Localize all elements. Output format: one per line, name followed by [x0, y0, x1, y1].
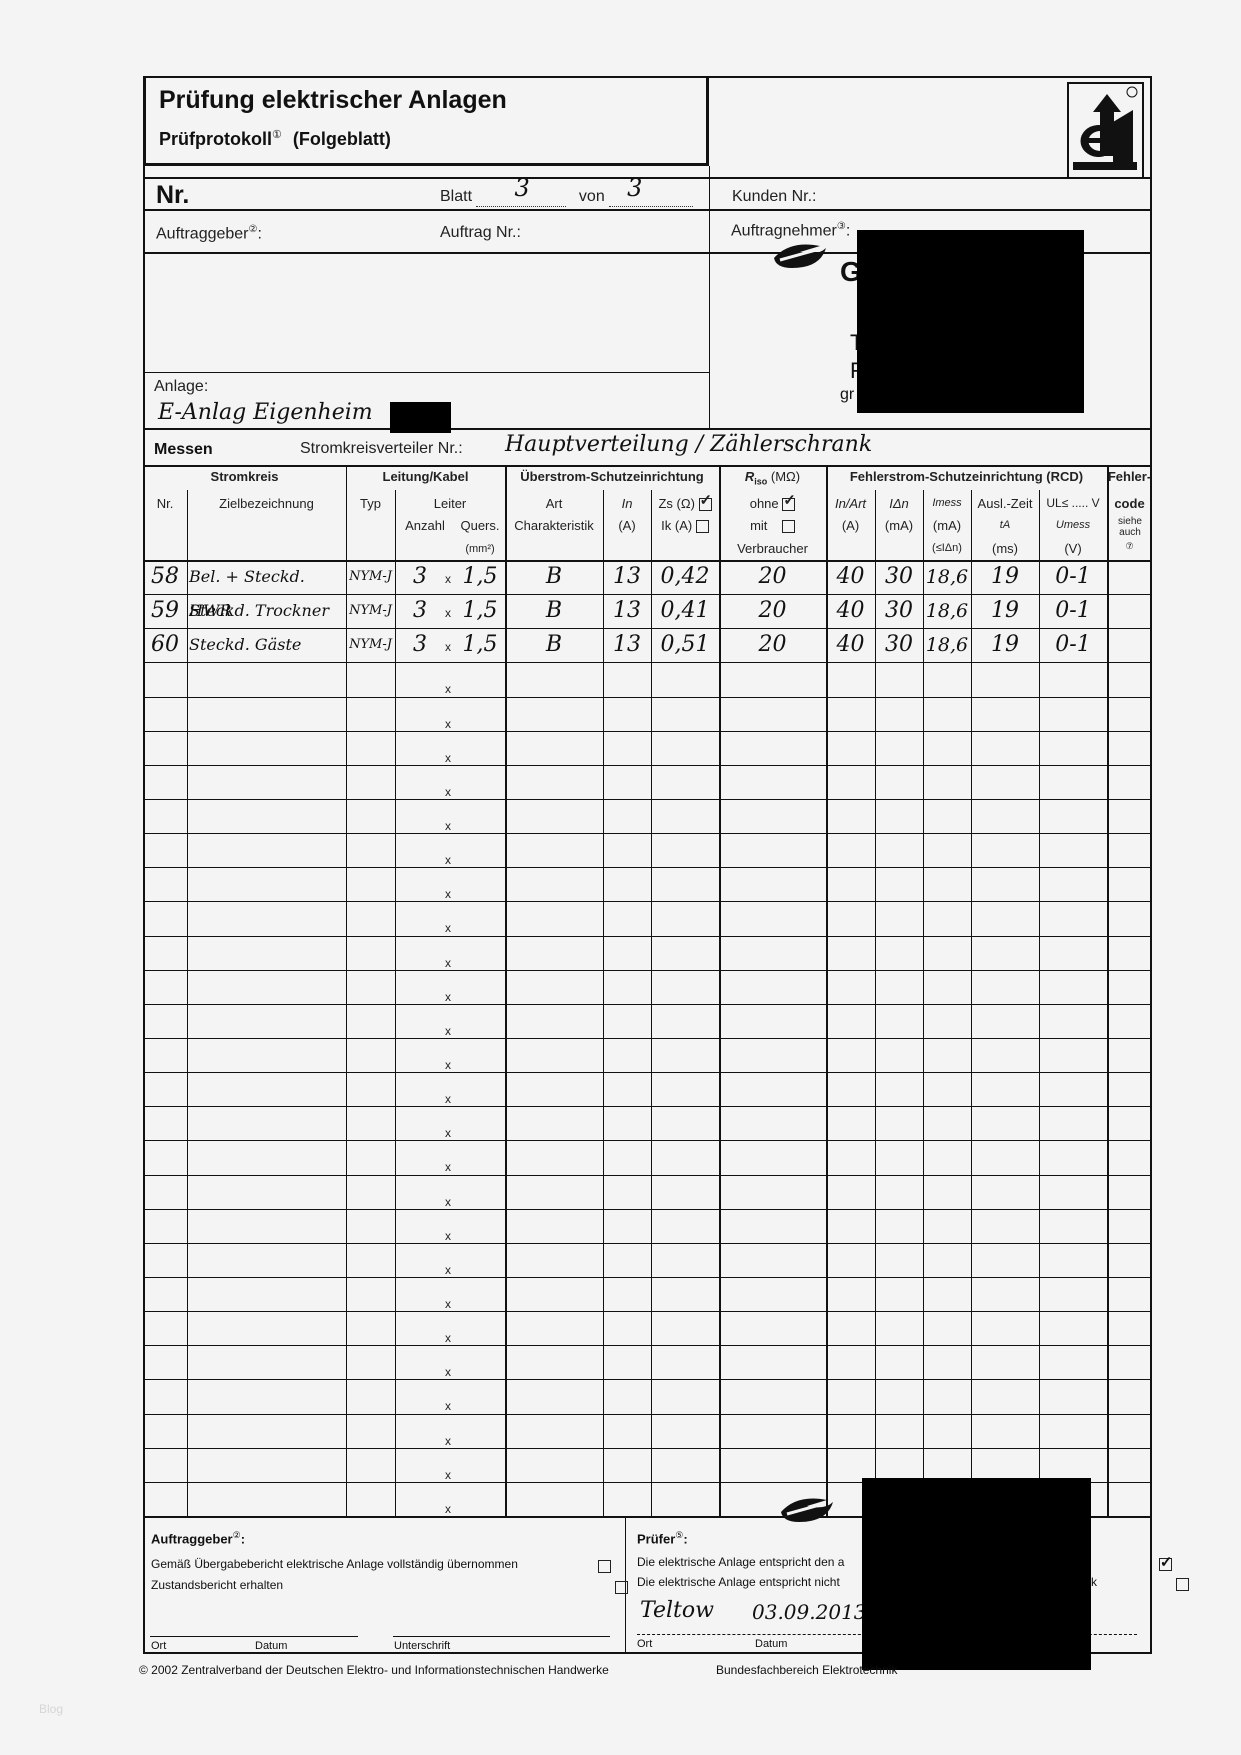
zustandsbericht-checkbox[interactable] [615, 1581, 628, 1594]
cell-zs[interactable]: 0,41 [651, 594, 719, 628]
empty-table-row[interactable] [143, 697, 1152, 731]
empty-table-row[interactable] [143, 867, 1152, 901]
eh-logo-icon [1067, 82, 1144, 179]
company-swoosh-icon [770, 238, 830, 277]
cell-art[interactable]: B [505, 628, 603, 662]
redaction-block [862, 1478, 1091, 1670]
entspricht-checkbox[interactable] [1159, 1558, 1172, 1571]
divider [143, 465, 1152, 467]
header-in: In [603, 496, 651, 511]
empty-table-row[interactable] [143, 799, 1152, 833]
cell-zs[interactable]: 0,51 [651, 628, 719, 662]
header-mm2: (mm²) [455, 542, 505, 557]
footer-ort-label: Ort [151, 1640, 166, 1652]
header-ta: tA [971, 518, 1039, 533]
pruefer-datum-value[interactable]: 03.09.2013 [752, 1600, 867, 1624]
signature-line [393, 1636, 610, 1637]
footer-datum-label: Datum [255, 1640, 287, 1652]
stamp-fragment: gr [840, 386, 854, 404]
cross-symbol: x [445, 717, 451, 731]
bundesfachbereich-text: Bundesfachbereich Elektrotechnik [716, 1663, 897, 1677]
cross-symbol: x [445, 1297, 451, 1311]
kunden-nr-label: Kunden Nr.: [732, 188, 817, 206]
ik-checkbox[interactable] [696, 520, 709, 533]
company-swoosh-icon [777, 1492, 837, 1531]
group-riso: Riso (MΩ) [719, 469, 826, 490]
group-ueberstrom: Überstrom-Schutzeinrichtung [505, 469, 719, 484]
cell-idn[interactable]: 30 [875, 594, 923, 628]
auftrag-nr-label: Auftrag Nr.: [440, 224, 521, 242]
divider [709, 166, 710, 428]
header-nr: Nr. [143, 496, 187, 511]
cell-in[interactable]: 13 [603, 594, 651, 628]
cell-nr[interactable]: 58 [143, 560, 187, 594]
empty-table-row[interactable] [143, 1414, 1152, 1448]
header-imess: Imess [923, 496, 971, 511]
cell-in[interactable]: 13 [603, 628, 651, 662]
header-quers: Quers. [455, 518, 505, 533]
empty-table-row[interactable] [143, 1311, 1152, 1345]
header-riso-ohne: ohne [719, 496, 826, 511]
group-rcd: Fehlerstrom-Schutzeinrichtung (RCD) [826, 469, 1107, 484]
footer-auftraggeber-title: Auftraggeber②: [151, 1530, 245, 1546]
cell-ul[interactable]: 0-1 [1039, 594, 1107, 628]
cell-riso[interactable]: 20 [719, 560, 826, 594]
cell-quers[interactable]: 1,5 [455, 560, 505, 594]
cell-ta[interactable]: 19 [971, 560, 1039, 594]
empty-table-row[interactable] [143, 765, 1152, 799]
footer-pruefer-title: Prüfer⑤: [637, 1530, 688, 1546]
anlage-value: E-Anlag Eigenheim [158, 400, 373, 425]
divider [875, 490, 876, 560]
cell-riso[interactable]: 20 [719, 628, 826, 662]
cell-typ[interactable]: NYM-J [346, 594, 395, 628]
header-ul: UL≤ ..... V [1039, 496, 1107, 511]
cell-anzahl[interactable]: 3 [395, 628, 445, 662]
cell-riso[interactable]: 20 [719, 594, 826, 628]
cross-symbol: x [445, 751, 451, 765]
copyright-text: © 2002 Zentralverband der Deutschen Elek… [139, 1663, 609, 1677]
header-imess-unit: (mA) [923, 518, 971, 533]
empty-table-row[interactable] [143, 1072, 1152, 1106]
form-subtitle: Prüfprotokoll① (Folgeblatt) [159, 128, 391, 150]
cell-anzahl[interactable]: 3 [395, 560, 445, 594]
cell-art[interactable]: B [505, 594, 603, 628]
divider [1039, 490, 1040, 560]
cell-zs[interactable]: 0,42 [651, 560, 719, 594]
cell-rcd-in[interactable]: 40 [826, 628, 875, 662]
pruefer-datum-label: Datum [755, 1638, 787, 1650]
header-art: Art [505, 496, 603, 511]
group-leitung: Leitung/Kabel [346, 469, 505, 484]
header-rcd-in: In/Art [826, 496, 875, 511]
cell-anzahl[interactable]: 3 [395, 594, 445, 628]
cell-quers[interactable]: 1,5 [455, 594, 505, 628]
cross-symbol: x [445, 1502, 451, 1516]
cell-typ[interactable]: NYM-J [346, 628, 395, 662]
cell-ul[interactable]: 0-1 [1039, 560, 1107, 594]
cell-nr[interactable]: 60 [143, 628, 187, 662]
header-umess-unit: (V) [1039, 541, 1107, 556]
header-ziel: Zielbezeichnung [187, 496, 346, 511]
header-anzahl: Anzahl [395, 518, 455, 533]
divider [187, 490, 188, 560]
header-idn: IΔn [875, 496, 923, 511]
cell-rcd-in[interactable]: 40 [826, 560, 875, 594]
cross-symbol: x [445, 1160, 451, 1174]
divider [143, 177, 1152, 179]
header-zs: Zs (Ω) [651, 496, 719, 511]
cell-idn[interactable]: 30 [875, 628, 923, 662]
signature-line [150, 1636, 358, 1637]
cross-symbol: x [445, 1024, 451, 1038]
cell-in[interactable]: 13 [603, 560, 651, 594]
divider [971, 490, 972, 560]
divider [826, 465, 828, 560]
cross-symbol: x [445, 990, 451, 1004]
redaction-block [390, 402, 451, 433]
pruefer-line1: Die elektrische Anlage entspricht den a [637, 1555, 844, 1569]
cell-ziel[interactable]: Steckd. Trockner [189, 594, 346, 628]
cell-art[interactable]: B [505, 560, 603, 594]
cross-symbol: x [445, 606, 451, 620]
empty-table-row[interactable] [143, 833, 1152, 867]
divider [603, 490, 604, 560]
cross-symbol: x [445, 956, 451, 970]
empty-table-row[interactable] [143, 1140, 1152, 1174]
cell-ta[interactable]: 19 [971, 594, 1039, 628]
title-box: Prüfung elektrischer Anlagen Prüfprotoko… [143, 76, 709, 166]
blatt-field[interactable]: Blatt 3 von 3 [440, 188, 693, 207]
empty-table-row[interactable] [143, 1004, 1152, 1038]
pruefer-ort-label: Ort [637, 1638, 652, 1650]
messen-label: Messen [154, 441, 213, 459]
empty-table-row[interactable] [143, 1345, 1152, 1379]
cross-symbol: x [445, 1468, 451, 1482]
header-siehe-note: ⑦ [1107, 539, 1152, 554]
header-verbraucher: Verbraucher [719, 541, 826, 556]
empty-table-row[interactable] [143, 1106, 1152, 1140]
pruefer-ort-value[interactable]: Teltow [640, 1598, 714, 1623]
cross-symbol: x [445, 1229, 451, 1243]
form-title: Prüfung elektrischer Anlagen [159, 86, 507, 115]
header-leiter: Leiter [395, 496, 505, 511]
cross-symbol: x [445, 1058, 451, 1072]
divider [505, 465, 507, 560]
divider [1107, 465, 1109, 560]
header-ta-unit: (ms) [971, 541, 1039, 556]
header-code: code [1107, 496, 1152, 511]
cross-symbol: x [445, 640, 451, 654]
group-fehlercode: Fehler- [1107, 469, 1152, 484]
zs-checkbox[interactable] [699, 498, 712, 511]
empty-table-row[interactable] [143, 936, 1152, 970]
cross-symbol: x [445, 819, 451, 833]
empty-table-row[interactable] [143, 662, 1152, 696]
cross-symbol: x [445, 1331, 451, 1345]
divider [346, 465, 347, 560]
cross-symbol: x [445, 921, 451, 935]
header-in-unit: (A) [603, 518, 651, 533]
empty-table-row[interactable] [143, 1448, 1152, 1482]
cross-symbol: x [445, 1092, 451, 1106]
cross-symbol: x [445, 853, 451, 867]
header-typ: Typ [346, 496, 395, 511]
empty-table-row[interactable] [143, 1277, 1152, 1311]
pruefer-line2: Die elektrische Anlage entspricht nicht [637, 1575, 840, 1589]
auftraggeber-label: Auftraggeber②: [156, 224, 262, 243]
empty-table-row[interactable] [143, 1175, 1152, 1209]
header-ik: Ik (A) [651, 518, 719, 533]
redaction-block [857, 230, 1084, 413]
empty-table-row[interactable] [143, 901, 1152, 935]
cell-imess[interactable]: 18,6 [923, 594, 971, 628]
header-rcd-in-unit: (A) [826, 518, 875, 533]
footer-check2-label: Zustandsbericht erhalten [151, 1578, 283, 1592]
cell-ziel[interactable]: Steckd. Gäste [189, 628, 346, 662]
footer-check1-label: Gemäß Übergabebericht elektrische Anlage… [151, 1557, 518, 1571]
header-siehe: siehe auch [1110, 516, 1150, 538]
divider [143, 209, 1152, 211]
cell-quers[interactable]: 1,5 [455, 628, 505, 662]
cell-nr[interactable]: 59 [143, 594, 187, 628]
footer-unterschrift-label: Unterschrift [394, 1640, 450, 1652]
header-imess-cond: (≤IΔn) [923, 541, 971, 556]
cell-rcd-in[interactable]: 40 [826, 594, 875, 628]
watermark-text: Blog [39, 1702, 63, 1716]
verteiler-value: Hauptverteilung / Zählerschrank [505, 432, 872, 457]
cross-symbol: x [445, 1126, 451, 1140]
cell-ul[interactable]: 0-1 [1039, 628, 1107, 662]
uebernommen-checkbox[interactable] [598, 1560, 611, 1573]
cell-imess[interactable]: 18,6 [923, 628, 971, 662]
nr-label: Nr. [156, 181, 189, 210]
cross-symbol: x [445, 887, 451, 901]
cross-symbol: x [445, 785, 451, 799]
blatt-value: 3 [514, 174, 529, 202]
divider [143, 372, 709, 373]
group-stromkreis: Stromkreis [143, 469, 346, 484]
header-ausl: Ausl.-Zeit [971, 496, 1039, 511]
riso-mit-checkbox[interactable] [782, 520, 795, 533]
empty-table-row[interactable] [143, 1038, 1152, 1072]
verteiler-label: Stromkreisverteiler Nr.: [300, 440, 463, 458]
header-riso-mit: mit [719, 518, 826, 533]
cell-imess[interactable]: 18,6 [923, 560, 971, 594]
divider [719, 465, 721, 560]
entspricht-nicht-checkbox[interactable] [1176, 1578, 1189, 1591]
cross-symbol: x [445, 1434, 451, 1448]
empty-table-row[interactable] [143, 1209, 1152, 1243]
header-idn-unit: (mA) [875, 518, 923, 533]
empty-table-row[interactable] [143, 1243, 1152, 1277]
empty-table-row[interactable] [143, 731, 1152, 765]
divider [395, 490, 396, 560]
header-charakteristik: Charakteristik [505, 518, 603, 533]
cross-symbol: x [445, 682, 451, 696]
cell-ta[interactable]: 19 [971, 628, 1039, 662]
cross-symbol: x [445, 1365, 451, 1379]
divider [143, 428, 1152, 430]
divider [651, 490, 652, 560]
cell-typ[interactable]: NYM-J [346, 560, 395, 594]
von-value: 3 [627, 174, 642, 202]
empty-table-row[interactable] [143, 970, 1152, 1004]
cell-idn[interactable]: 30 [875, 560, 923, 594]
header-umess: Umess [1039, 518, 1107, 533]
anlage-label: Anlage: [154, 378, 208, 396]
riso-ohne-checkbox[interactable] [782, 498, 795, 511]
divider [923, 490, 924, 560]
cross-symbol: x [445, 1195, 451, 1209]
cross-symbol: x [445, 1263, 451, 1277]
empty-table-row[interactable] [143, 1379, 1152, 1413]
cross-symbol: x [445, 572, 451, 586]
cross-symbol: x [445, 1399, 451, 1413]
